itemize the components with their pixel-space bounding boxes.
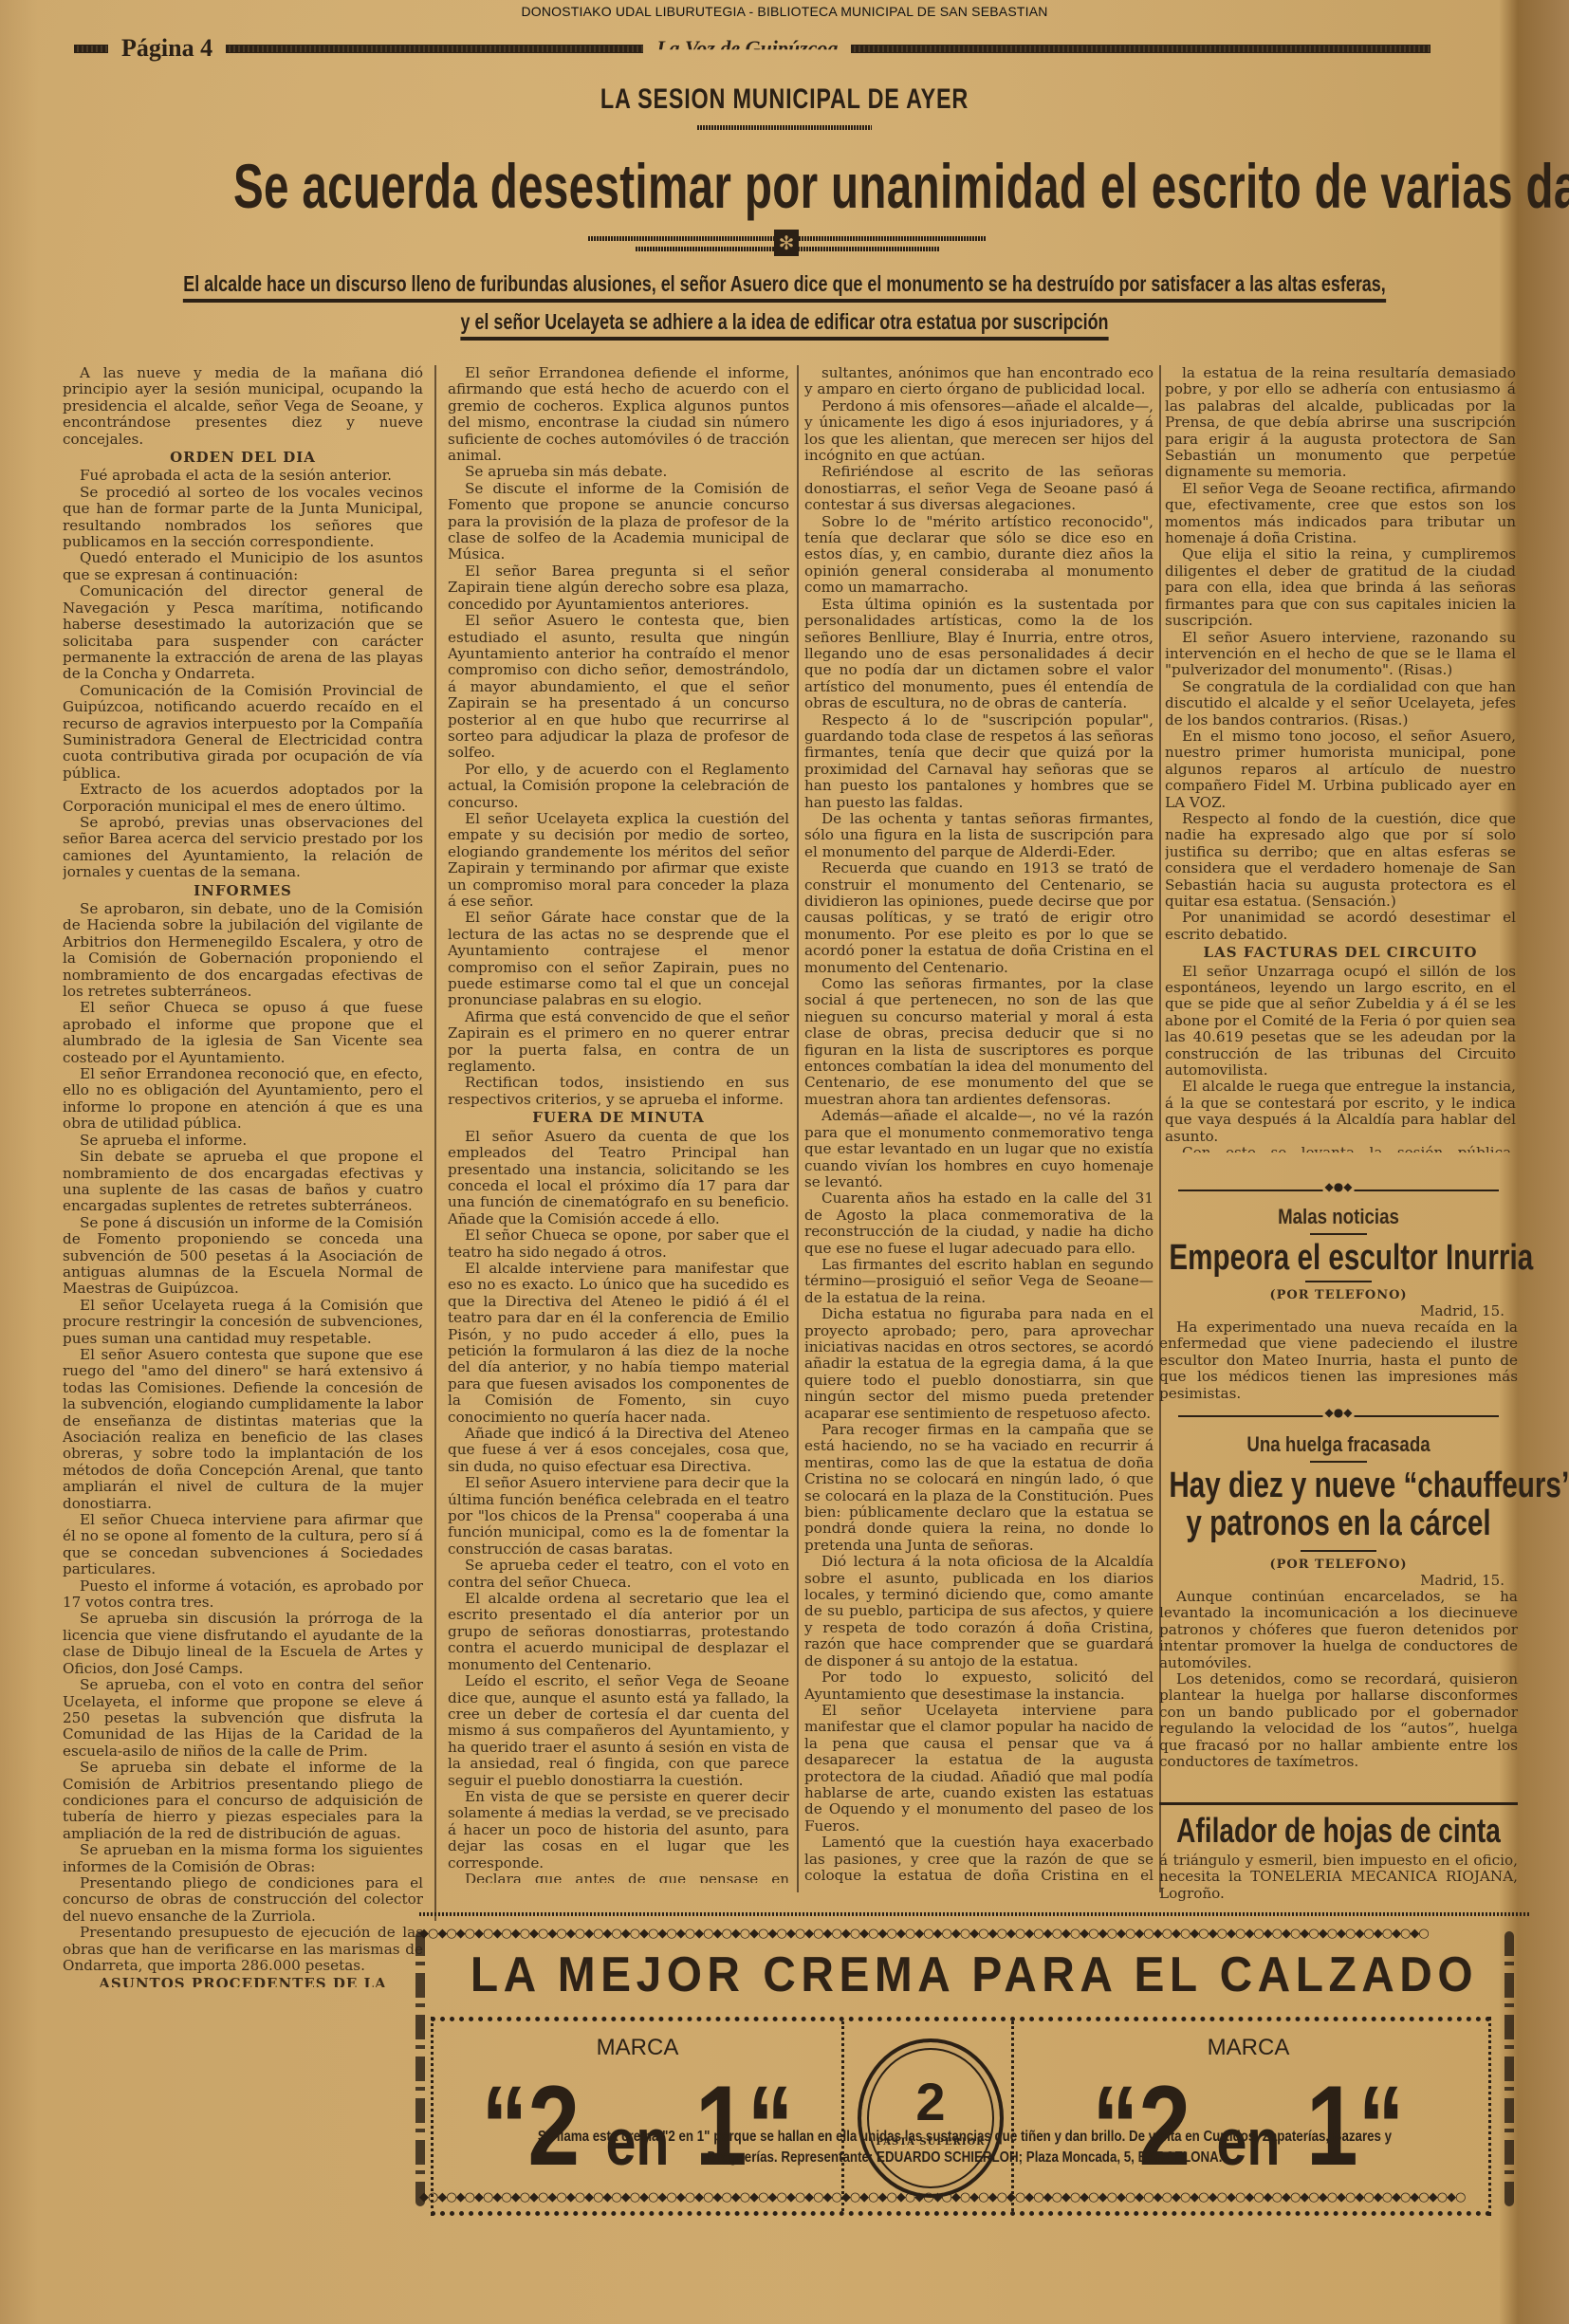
paragraph: Se aprueba sin más debate. (448, 464, 789, 480)
paragraph: El señor Ucelayeta interviene para manif… (804, 1703, 1154, 1835)
column-rule (434, 365, 436, 1921)
paragraph: Se aprobaron, sin debate, uno de la Comi… (63, 901, 423, 1000)
brand-panel-right: MARCA “2 en 1“ (1008, 2021, 1488, 2211)
section-subhead: FUERA DE MINUTA (448, 1110, 789, 1126)
article-column-2: El señor Errandonea defiende el informe,… (448, 365, 789, 1883)
news-headline: Hay diez y nueve “chauffeurs” (1169, 1466, 1507, 1504)
news-byline: (POR TELEFONO) (1159, 1288, 1518, 1302)
paragraph: El alcalde interviene para manifestar qu… (448, 1261, 789, 1426)
polish-tin-icon: 2 PASTA SUPERIOR (858, 2038, 1004, 2198)
paragraph: Que elija el sitio la reina, y cumplirem… (1165, 546, 1516, 629)
page-number: Página 4 (121, 34, 212, 63)
brand-panel-center: 2 PASTA SUPERIOR (841, 2021, 1014, 2211)
news-body: Aunque continúan encarcelados, se ha lev… (1159, 1589, 1518, 1671)
paragraph: Se aprobó, previas unas observaciones de… (63, 815, 423, 881)
paragraph: El señor Chueca se opuso á que fuese apr… (63, 1000, 423, 1066)
news-headline: y patronos en la cárcel (1169, 1504, 1507, 1542)
rule-decoration (851, 45, 1431, 53)
rule-decoration (226, 45, 643, 53)
paragraph: A las nueve y media de la mañana dió pri… (63, 365, 423, 448)
paragraph: Declara que antes de que pensase en abor… (448, 1872, 789, 1883)
chain-border-icon (415, 1931, 425, 2206)
paragraph: Se congratula de la cordialidad con que … (1165, 679, 1516, 729)
paragraph: Cuarenta años ha estado en la calle del … (804, 1190, 1154, 1257)
article-column-4: la estatua de la reina resultaría demasi… (1165, 365, 1516, 1153)
ornament-divider (1178, 1186, 1499, 1195)
paragraph: Presentando presupuesto de ejecución de … (63, 1925, 423, 1974)
paragraph: El señor Unzarraga ocupó el sillón de lo… (1165, 964, 1516, 1079)
news-body: Ha experimentado una nueva recaída en la… (1159, 1319, 1518, 1402)
section-subhead: INFORMES (63, 883, 423, 899)
paragraph: El señor Asuero le contesta que, bien es… (448, 613, 789, 762)
paragraph: Puesto el informe á votación, es aprobad… (63, 1578, 423, 1612)
ad-title: LA MEJOR CREMA PARA EL CALZADO (464, 1946, 1485, 2003)
news-headline: Empeora el escultor Inurria (1169, 1239, 1507, 1277)
paragraph: El señor Errandonea reconoció que, en ef… (63, 1066, 423, 1133)
paragraph: Comunicación del director general de Nav… (63, 583, 423, 682)
classified-ad: Afilador de hojas de cinta á triángulo y… (1159, 1802, 1518, 1902)
paragraph: El señor Asuero interviene, razonando su… (1165, 630, 1516, 679)
news-dateline: Madrid, 15. (1159, 1572, 1518, 1589)
news-body: Los detenidos, como se recordará, quisie… (1159, 1671, 1518, 1770)
paragraph: De las ochenta y tantas señoras firmante… (804, 811, 1154, 860)
paragraph: Sobre lo de "mérito artístico reconocido… (804, 514, 1154, 597)
classified-ad-body: á triángulo y esmeril, bien impuesto en … (1159, 1853, 1518, 1902)
paragraph: Se aprueba ceder el teatro, con el voto … (448, 1558, 789, 1591)
paragraph: Refiriéndose al escrito de las señoras d… (804, 464, 1154, 513)
shoe-cream-advertisement: ◆○◆○◆○◆○◆○◆○◆○◆○◆○◆○◆○◆○◆○◆○◆○◆○◆○◆○◆○◆○… (419, 1912, 1529, 2225)
paragraph: El señor Ucelayeta ruega á la Comisión q… (63, 1298, 423, 1347)
column-rule (797, 365, 799, 1892)
paragraph: El señor Vega de Seoane rectifica, afirm… (1165, 481, 1516, 547)
chain-border-icon (1504, 1931, 1514, 2206)
paragraph: la estatua de la reina resultaría demasi… (1165, 365, 1516, 481)
paragraph: El señor Asuero interviene para decir qu… (448, 1475, 789, 1558)
marca-label: MARCA (1008, 2035, 1488, 2061)
paragraph: Con esto se levanta la sesión pública, q… (1165, 1145, 1516, 1153)
paragraph: El alcalde le ruega que entregue la inst… (1165, 1079, 1516, 1145)
ad-description: Se llama esta crema "2 en 1" porque se h… (512, 2127, 1418, 2168)
paragraph: El señor Gárate hace constar que de la l… (448, 910, 789, 1008)
paragraph: El señor Asuero da cuenta de que los emp… (448, 1129, 789, 1227)
news-section: Una huelga fracasada (1186, 1432, 1490, 1457)
paragraph: Recuerda que cuando en 1913 se trató de … (804, 860, 1154, 976)
paragraph: Afirma que está convencido de que el señ… (448, 1009, 789, 1076)
classified-ad-title: Afilador de hojas de cinta (1169, 1811, 1507, 1851)
deck-line-1: El alcalde hace un discurso lleno de fur… (183, 271, 1386, 303)
paragraph: Quedó enterado el Municipio de los asunt… (63, 550, 423, 583)
news-byline: (POR TELEFONO) (1159, 1558, 1518, 1572)
paragraph: Leído el escrito, el señor Vega de Seoan… (448, 1673, 789, 1789)
paragraph: Dió lectura á la nota oficiosa de la Alc… (804, 1554, 1154, 1669)
chain-border-icon: ◆○◆○◆○◆○◆○◆○◆○◆○◆○◆○◆○◆○◆○◆○◆○◆○◆○◆○◆○◆○… (419, 1927, 1529, 1941)
article-deck: y el señor Ucelayeta se adhiere a la ide… (173, 309, 1396, 335)
paragraph: El señor Chueca interviene para afirmar … (63, 1512, 423, 1578)
paragraph: Se aprueba, con el voto en contra del se… (63, 1677, 423, 1760)
paragraph: Respecto á lo de "suscripción popular", … (804, 712, 1154, 811)
article-column-1: A las nueve y media de la mañana dió pri… (63, 365, 423, 1987)
paragraph: Añade que indicó á la Directiva del Aten… (448, 1426, 789, 1475)
paragraph: El señor Ucelayeta explica la cuestión d… (448, 811, 789, 910)
paragraph: Comunicación de la Comisión Provincial d… (63, 683, 423, 782)
paragraph: sultantes, anónimos que han encontrado e… (804, 365, 1154, 398)
paragraph: Por todo lo expuesto, solicitó del Ayunt… (804, 1669, 1154, 1703)
article-deck: El alcalde hace un discurso lleno de fur… (173, 271, 1396, 297)
paragraph: Se procedió al sorteo de los vocales vec… (63, 485, 423, 551)
paragraph: Se discute el informe de la Comisión de … (448, 481, 789, 563)
section-subhead: LAS FACTURAS DEL CIRCUITO (1165, 945, 1516, 961)
paragraph: El señor Barea pregunta si el señor Zapi… (448, 563, 789, 613)
news-dateline: Madrid, 15. (1159, 1302, 1518, 1319)
paragraph: Dicha estatua no figuraba para nada en e… (804, 1306, 1154, 1422)
paragraph: En el mismo tono jocoso, el señor Asuero… (1165, 729, 1516, 811)
paragraph: Como las señoras firmantes, por la clase… (804, 976, 1154, 1108)
paragraph: Por unanimidad se acordó desestimar el e… (1165, 910, 1516, 943)
star-ornament-icon: ✻ (774, 230, 799, 256)
rule-decoration (74, 45, 108, 53)
paragraph: En vista de que se persiste en querer de… (448, 1789, 789, 1872)
news-section: Malas noticias (1186, 1205, 1490, 1229)
paragraph: Rectifican todos, insistiendo en sus res… (448, 1075, 789, 1108)
paragraph: El señor Errandonea defiende el informe,… (448, 365, 789, 464)
paragraph: El señor Asuero contesta que supone que … (63, 1347, 423, 1512)
news-item-huelga: Una huelga fracasada Hay diez y nueve “c… (1159, 1432, 1518, 1770)
article-column-3: sultantes, anónimos que han encontrado e… (804, 365, 1154, 1883)
paragraph: Fué aprobada el acta de la sesión anteri… (63, 468, 423, 484)
paragraph: Se aprueba sin debate el informe de la C… (63, 1760, 423, 1842)
news-item-inurria: Malas noticias Empeora el escultor Inurr… (1159, 1176, 1518, 1430)
section-subhead: ORDEN DEL DIA (63, 450, 423, 466)
ornament-divider: ✻ (588, 230, 987, 258)
paragraph: Se pone á discusión un informe de la Com… (63, 1215, 423, 1298)
rule-decoration (697, 125, 872, 130)
paragraph: Presentando pliego de condiciones para e… (63, 1875, 423, 1925)
paragraph: Lamentó que la cuestión haya exacerbado … (804, 1835, 1154, 1883)
paragraph: Por ello, y de acuerdo con el Reglamento… (448, 762, 789, 811)
paragraph: El alcalde ordena al secretario que lea … (448, 1591, 789, 1673)
paragraph: Se aprueba sin discusión la prórroga de … (63, 1611, 423, 1677)
archive-banner: DONOSTIAKO UDAL LIBURUTEGIA - BIBLIOTECA… (0, 4, 1569, 19)
paragraph: Las firmantes del escrito hablan en segu… (804, 1257, 1154, 1306)
deck-line-2: y el señor Ucelayeta se adhiere a la ide… (460, 309, 1108, 341)
newspaper-name: La Voz de Guipúzcoa (656, 36, 838, 61)
section-subhead: ASUNTOS PROCEDENTES DE LA SESION ANTERIO… (63, 1976, 423, 1987)
article-kicker: LA SESION MUNICIPAL DE AYER (173, 83, 1396, 116)
brand-panel-left: MARCA “2 en 1“ (434, 2021, 841, 2211)
chain-border-icon: ◆○◆○◆○◆○◆○◆○◆○◆○◆○◆○◆○◆○◆○◆○◆○◆○◆○◆○◆○◆○… (419, 2191, 1529, 2204)
paragraph: Además—añade el alcalde—, no vé la razón… (804, 1108, 1154, 1190)
article-headline: Se acuerda desestimar por unanimidad el … (233, 150, 1336, 222)
paragraph: Sin debate se aprueba el que propone el … (63, 1149, 423, 1215)
ornament-divider (1178, 1411, 1499, 1421)
marca-label: MARCA (434, 2035, 841, 2061)
paragraph: Se aprueban en la misma forma los siguie… (63, 1842, 423, 1875)
running-head: Página 4 La Voz de Guipúzcoa (74, 36, 1431, 61)
paragraph: Se aprueba el informe. (63, 1133, 423, 1149)
ad-brand-box: MARCA “2 en 1“ 2 PASTA SUPERIOR MARCA “2… (431, 2017, 1491, 2216)
paragraph: Respecto al fondo de la cuestión, dice q… (1165, 811, 1516, 910)
paragraph: Para recoger firmas en la campaña que se… (804, 1422, 1154, 1554)
paragraph: Extracto de los acuerdos adoptados por l… (63, 782, 423, 815)
paragraph: Perdono á mis ofensores—añade el alcalde… (804, 398, 1154, 465)
paragraph: El señor Chueca se opone, por saber que … (448, 1227, 789, 1261)
paragraph: Esta última opinión es la sustentada por… (804, 597, 1154, 712)
rule-decoration (419, 1912, 1529, 1916)
